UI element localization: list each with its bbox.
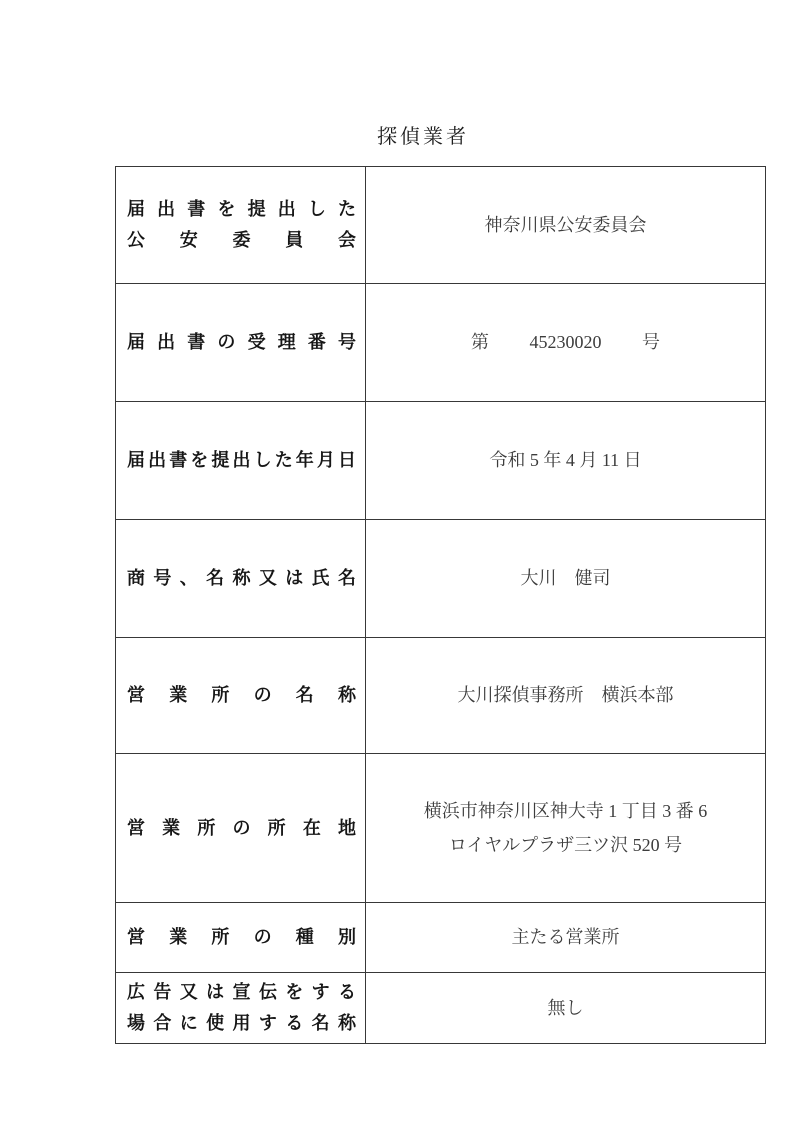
table-row: 届出書を提出した 公安委員会 神奈川県公安委員会 bbox=[116, 167, 766, 284]
row-value-trade-name: 大川 健司 bbox=[366, 520, 766, 638]
row-label-trade-name: 商号、名称又は氏名 bbox=[116, 520, 366, 638]
row-label-office-name: 営業所の名称 bbox=[116, 638, 366, 754]
table-row: 営業所の所在地 横浜市神奈川区神大寺 1 丁目 3 番 6 ロイヤルプラザ三ツ沢… bbox=[116, 754, 766, 903]
row-label-receipt-number: 届出書の受理番号 bbox=[116, 284, 366, 402]
table-row: 広告又は宣伝をする 場合に使用する名称 無し bbox=[116, 973, 766, 1044]
table-row: 届出書の受理番号 第 45230020 号 bbox=[116, 284, 766, 402]
row-value-receipt-number: 第 45230020 号 bbox=[366, 284, 766, 402]
row-label-submission-date: 届出書を提出した年月日 bbox=[116, 402, 366, 520]
table-row: 商号、名称又は氏名 大川 健司 bbox=[116, 520, 766, 638]
row-label-office-address: 営業所の所在地 bbox=[116, 754, 366, 903]
page-title: 探偵業者 bbox=[115, 126, 731, 148]
row-value-submitted-commission: 神奈川県公安委員会 bbox=[366, 167, 766, 284]
detective-registration-table: 届出書を提出した 公安委員会 神奈川県公安委員会 届出書の受理番号 第 4523… bbox=[115, 166, 766, 1044]
row-value-office-address: 横浜市神奈川区神大寺 1 丁目 3 番 6 ロイヤルプラザ三ツ沢 520 号 bbox=[366, 754, 766, 903]
table-body: 届出書を提出した 公安委員会 神奈川県公安委員会 届出書の受理番号 第 4523… bbox=[116, 167, 766, 1044]
row-value-advertising-name: 無し bbox=[366, 973, 766, 1044]
row-label-advertising-name: 広告又は宣伝をする 場合に使用する名称 bbox=[116, 973, 366, 1044]
table-row: 営業所の種別 主たる営業所 bbox=[116, 903, 766, 973]
row-label-office-type: 営業所の種別 bbox=[116, 903, 366, 973]
table-row: 届出書を提出した年月日 令和 5 年 4 月 11 日 bbox=[116, 402, 766, 520]
table-row: 営業所の名称 大川探偵事務所 横浜本部 bbox=[116, 638, 766, 754]
row-value-office-type: 主たる営業所 bbox=[366, 903, 766, 973]
row-label-submitted-commission: 届出書を提出した 公安委員会 bbox=[116, 167, 366, 284]
row-value-submission-date: 令和 5 年 4 月 11 日 bbox=[366, 402, 766, 520]
row-value-office-name: 大川探偵事務所 横浜本部 bbox=[366, 638, 766, 754]
